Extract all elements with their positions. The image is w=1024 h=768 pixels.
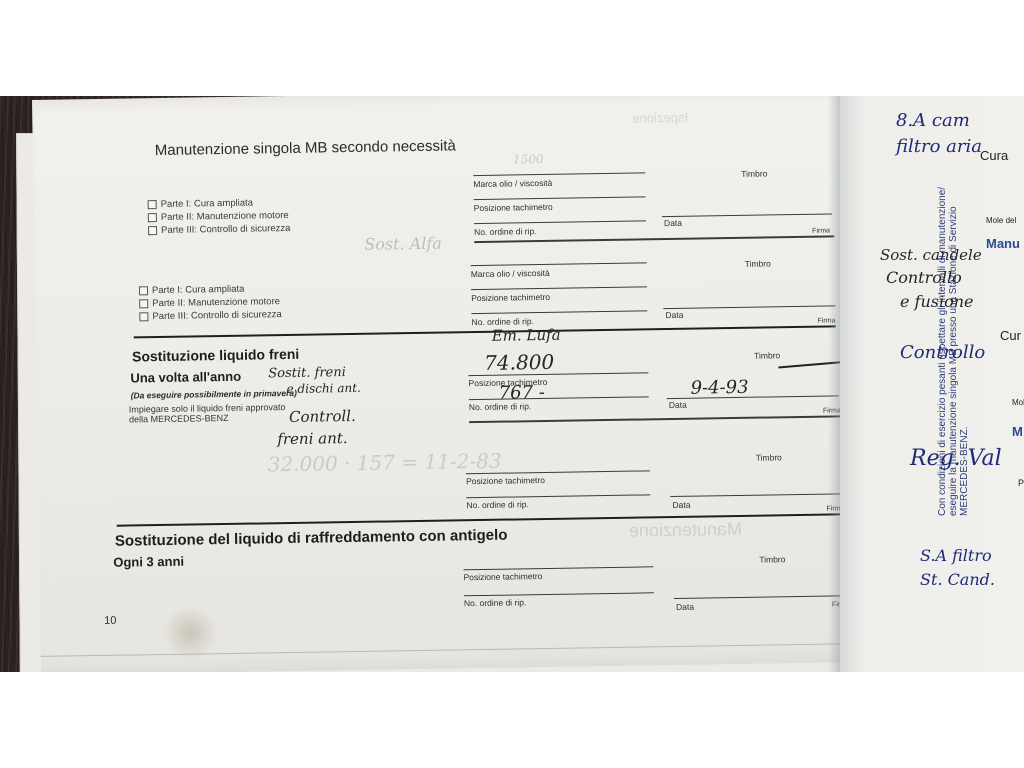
checkbox[interactable]: [148, 200, 157, 209]
handwritten-date: 9-4-93: [690, 377, 748, 399]
field-line: [464, 592, 654, 596]
show-through-text: Manutenzione: [629, 519, 742, 542]
handwritten-note: 8.A cam: [896, 110, 970, 131]
stamp-label: Timbro: [741, 168, 767, 178]
date-line: [663, 305, 835, 309]
brake-section-title: Sostituzione liquido freni: [132, 346, 299, 365]
oil-label: Marca olio / viscosità: [473, 178, 552, 189]
order-label: No. ordine di rip.: [466, 499, 529, 510]
date-label: Data: [676, 602, 694, 612]
printed-heading: M: [1012, 424, 1023, 439]
date-label: Data: [672, 500, 690, 510]
printed-text: Mol: [1012, 398, 1024, 407]
checkbox[interactable]: [139, 312, 148, 321]
faded-handwriting: Sost. Alfa: [364, 234, 442, 254]
block-divider: [469, 415, 841, 422]
checkbox[interactable]: [139, 299, 148, 308]
checkbox[interactable]: [139, 286, 148, 295]
checkbox[interactable]: [148, 213, 157, 222]
handwritten-note: Reg. Val: [910, 446, 1002, 471]
brake-note-line2: della MERCEDES-BENZ: [129, 413, 229, 425]
handwritten-note: Controllo: [900, 342, 985, 363]
coolant-frequency: Ogni 3 anni: [113, 554, 184, 570]
field-line: [474, 220, 646, 224]
handwritten-workshop: Em. Lufa: [492, 326, 561, 345]
odometer-label: Posizione tachimetro: [466, 475, 545, 486]
handwritten-odometer: 74.800: [484, 350, 554, 375]
printed-text: Cur: [1000, 328, 1021, 343]
brake-frequency: Una volta all'anno: [130, 369, 241, 386]
booklet-left-page: Ispezione Manutenzione Manutenzione sing…: [32, 96, 893, 672]
date-label: Data: [669, 400, 687, 410]
checkbox[interactable]: [148, 226, 157, 235]
stamp-label: Timbro: [754, 350, 780, 360]
stamp-label: Timbro: [759, 554, 785, 564]
odometer-label: Posizione tachimetro: [471, 292, 550, 303]
printed-text: Cura: [980, 148, 1008, 163]
handwritten-note: Controllo: [886, 268, 962, 287]
order-label: No. ordine di rip.: [474, 226, 537, 237]
booklet-right-page: Cura Mole del Manu Cur Mol M P Con condi…: [840, 96, 1024, 672]
field-line: [473, 172, 645, 176]
handwritten-note: St. Cand.: [920, 570, 995, 589]
field-line: [471, 286, 647, 290]
faded-handwriting: 1500: [513, 152, 544, 166]
field-line: [469, 396, 649, 400]
order-label: No. ordine di rip.: [469, 401, 532, 412]
printed-heading: Manu: [986, 236, 1020, 251]
block2-options: Parte I: Cura ampliata Parte II: Manuten…: [139, 282, 282, 323]
option-label: Parte III: Controllo di sicurezza: [152, 308, 282, 323]
handwritten-note: S.A filtro: [920, 546, 992, 565]
handwritten-note: Sostit. freni: [268, 365, 346, 381]
handwritten-note: e dischi ant.: [286, 381, 360, 396]
odometer-label: Posizione tachimetro: [463, 571, 542, 582]
faded-handwriting: 32.000 · 157 = 11-2-83: [268, 449, 502, 477]
date-line: [674, 595, 846, 599]
handwritten-note: Controll.: [289, 407, 356, 426]
handwritten-note: Sost. candele: [880, 246, 982, 264]
option-label: Parte III: Controllo di sicurezza: [161, 222, 291, 237]
field-line: [471, 262, 647, 266]
handwritten-note: filtro aria: [896, 136, 982, 157]
field-line: [474, 196, 646, 200]
printed-text: Mole del: [986, 216, 1016, 225]
stamp-label: Timbro: [756, 452, 782, 462]
odometer-label: Posizione tachimetro: [474, 202, 553, 213]
block1-options: Parte I: Cura ampliata Parte II: Manuten…: [148, 196, 291, 237]
oil-label: Marca olio / viscosità: [471, 268, 550, 279]
date-label: Data: [665, 310, 683, 320]
coolant-section-title: Sostituzione del liquido di raffreddamen…: [115, 527, 508, 550]
section-divider: [134, 325, 836, 338]
page-number: 10: [104, 615, 116, 627]
block-divider: [474, 235, 834, 242]
section-mb-title: Manutenzione singola MB secondo necessit…: [155, 137, 456, 159]
handwritten-note: freni ant.: [277, 429, 348, 448]
date-label: Data: [664, 218, 682, 228]
order-label: No. ordine di rip.: [464, 597, 527, 608]
stain: [160, 607, 221, 658]
show-through-text: Ispezione: [632, 110, 688, 126]
date-line: [662, 213, 832, 217]
stamp-label: Timbro: [745, 258, 771, 268]
document-photo: Ispezione Manutenzione Manutenzione sing…: [0, 96, 1024, 672]
field-line: [466, 494, 650, 498]
date-line: [670, 493, 842, 497]
handwritten-note: e fusione: [900, 292, 974, 311]
printed-text: P: [1018, 478, 1024, 488]
brake-note-bold: (Da eseguire possibilmente in primavera): [131, 388, 297, 401]
field-line: [471, 310, 647, 314]
field-line: [463, 566, 653, 570]
